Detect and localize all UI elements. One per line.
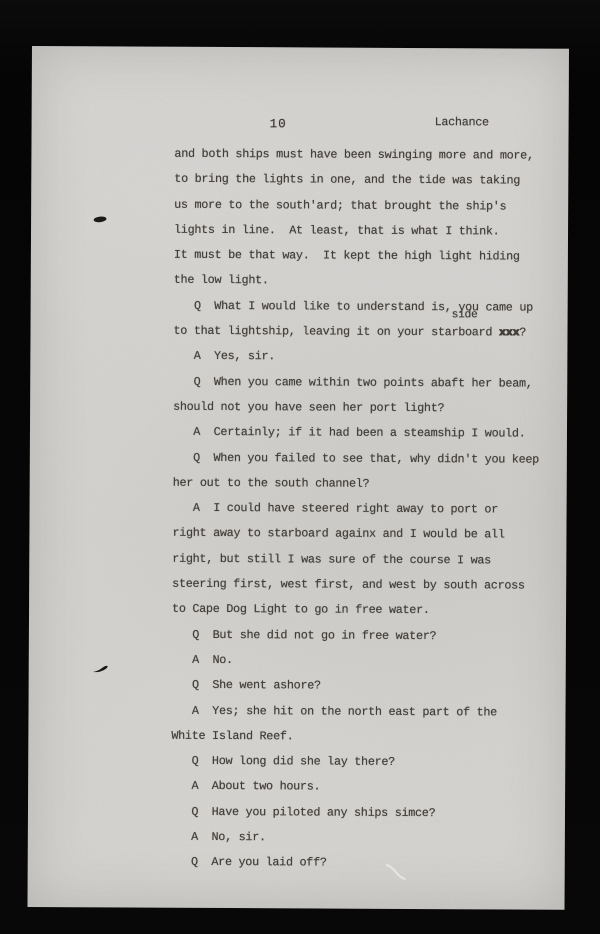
- transcript-line: White Island Reef.: [171, 724, 571, 751]
- transcript-line: lights in line. At least, that is what I…: [174, 218, 574, 245]
- scan-background: 10 Lachance and both ships must have bee…: [0, 0, 600, 934]
- transcript-line: A Certainly; if it had been a steamship …: [173, 420, 573, 447]
- transcript-line: Q How long did she lay there?: [171, 749, 571, 776]
- transcript-line: A Yes; she hit on the north east part of…: [171, 698, 571, 725]
- transcript-line: right, but still I was sure of the cours…: [172, 546, 572, 573]
- transcript-line: to that lightship, leaving it on your st…: [173, 319, 573, 346]
- transcript-line: A I could have steered right away to por…: [173, 496, 573, 523]
- transcript-line: Q But she did not go in free water?: [172, 622, 572, 649]
- transcript-line: to bring the lights in one, and the tide…: [174, 167, 574, 194]
- transcript-line: A No.: [172, 648, 572, 675]
- transcript-line: Q When you failed to see that, why didn'…: [173, 445, 573, 472]
- scratch-mark: [386, 864, 410, 882]
- transcript-line: A Yes, sir.: [173, 344, 573, 371]
- transcript-line: her out to the south channel?: [173, 471, 573, 498]
- inserted-correction: side: [452, 309, 478, 322]
- transcript-line: Q When you came within two points abaft …: [173, 369, 573, 396]
- transcript-line: and both ships must have been swinging m…: [174, 142, 574, 169]
- transcript-line: steering first, west first, and west by …: [172, 572, 572, 599]
- transcript-line: Q She went ashore?: [172, 673, 572, 700]
- transcript-line: right away to starboard againx and I wou…: [172, 521, 572, 548]
- page-number: 10: [270, 117, 287, 131]
- transcript-line: A No, sir.: [171, 825, 571, 852]
- transcript-line: to Cape Dog Light to go in free water.: [172, 597, 572, 624]
- scanned-page: 10 Lachance and both ships must have bee…: [27, 46, 569, 910]
- transcript-line: Q What I would like to understand is, yo…: [174, 294, 574, 321]
- transcript-line: us more to the south'ard; that brought t…: [174, 192, 574, 219]
- ink-blot-mark: [93, 215, 107, 223]
- witness-name: Lachance: [435, 115, 489, 129]
- transcript-line: the low light.: [174, 268, 574, 295]
- ink-smudge-mark: [93, 662, 109, 673]
- transcript-line: It must be that way. It kept the high li…: [174, 243, 574, 270]
- transcript-line: Q Have you piloted any ships simce?: [171, 799, 571, 826]
- struck-text: xxx: [499, 326, 519, 340]
- transcript-line: A About two hours.: [171, 774, 571, 801]
- transcript: and both ships must have been swinging m…: [171, 142, 575, 878]
- transcript-line: Q Are you laid off?: [171, 850, 571, 877]
- transcript-line: should not you have seen her port light?: [173, 395, 573, 422]
